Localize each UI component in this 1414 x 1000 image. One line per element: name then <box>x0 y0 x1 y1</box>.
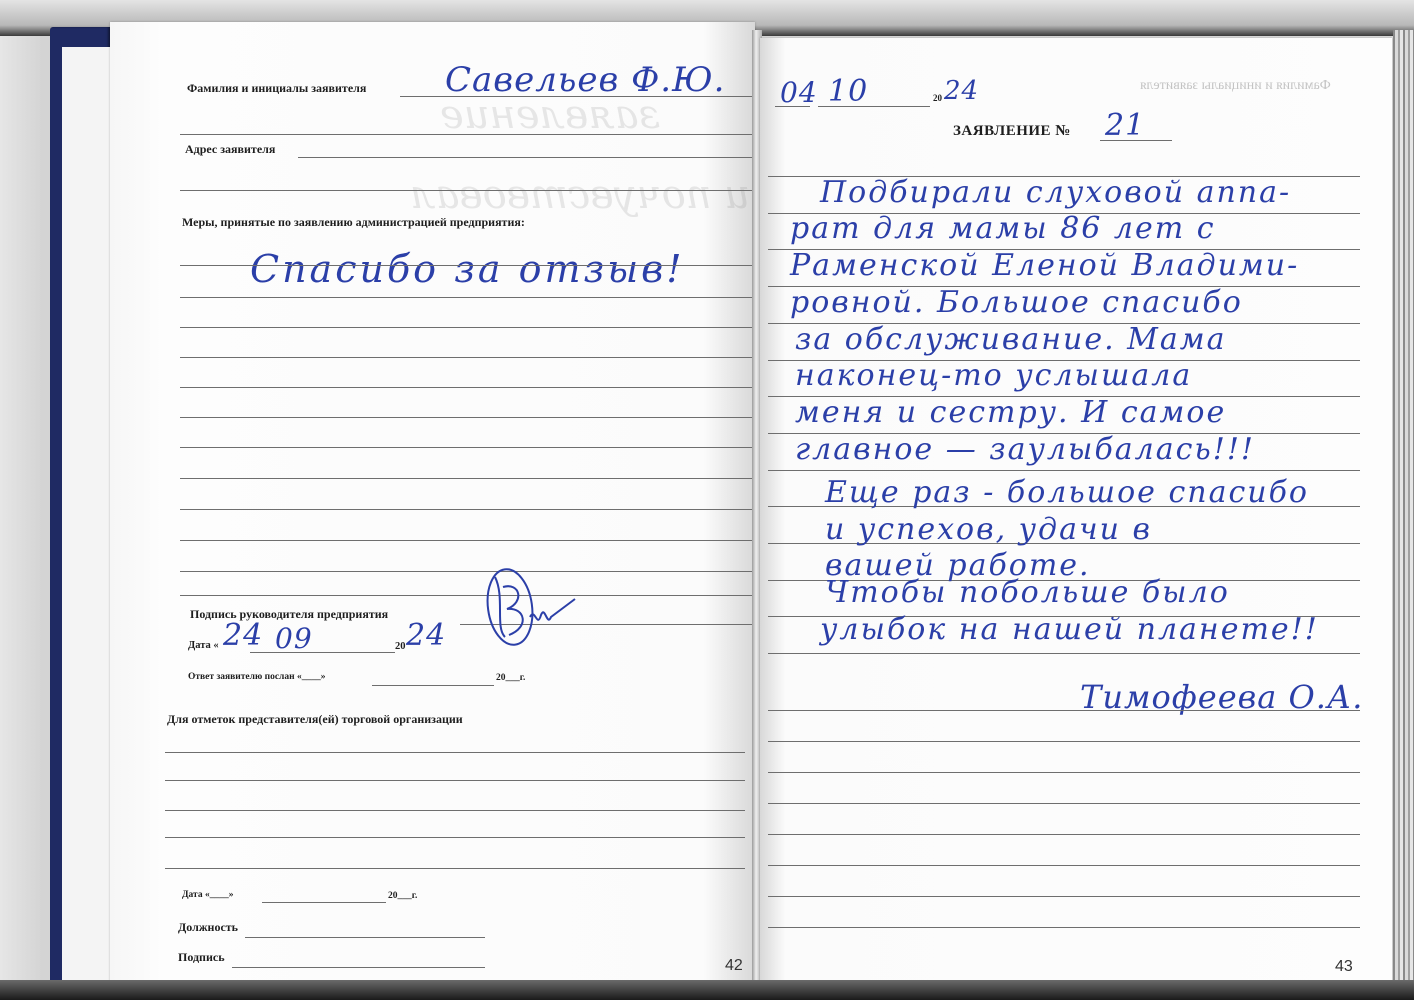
manager-signature[interactable] <box>475 557 585 647</box>
bleed-through: Таи почувствовал <box>410 172 801 218</box>
ruled-line <box>768 653 1360 654</box>
ruled-line <box>165 810 745 811</box>
manager-date-year-prefix: 20 <box>395 641 406 652</box>
measures-value[interactable]: Спасибо за отзыв! <box>250 247 685 291</box>
ruled-line <box>165 752 745 753</box>
applicant-address-line-2 <box>180 190 755 191</box>
statement-title: ЗАЯВЛЕНИЕ № <box>953 123 1071 140</box>
page-number-left: 42 <box>725 957 743 975</box>
ruled-line <box>180 540 755 541</box>
ruled-line <box>180 509 755 510</box>
manager-date-line <box>250 652 395 653</box>
statement-line[interactable]: главное — заулыбалась!!! <box>795 432 1255 467</box>
right-page: Фамилия и инициалы заявителя 04 10 20 24… <box>760 38 1392 982</box>
manager-date-month[interactable]: 09 <box>275 622 313 655</box>
applicant-address-label: Адрес заявителя <box>185 142 275 157</box>
statement-line[interactable]: Еще раз - большое спасибо <box>825 475 1309 510</box>
statement-line[interactable]: улыбок на нашей планете!! <box>820 612 1319 647</box>
ruled-line <box>180 297 755 298</box>
ruled-line <box>180 478 755 479</box>
applicant-name-label: Фамилия и инициалы заявителя <box>187 81 366 96</box>
ruled-line <box>768 741 1360 742</box>
rep-marks-label: Для отметок представителя(ей) торговой о… <box>167 712 463 727</box>
reply-sent-line <box>372 685 494 686</box>
statement-date-year[interactable]: 24 <box>944 76 979 106</box>
bleed-through: Фамилия и инициалы заявителя <box>1140 78 1331 94</box>
statement-line[interactable]: ровной. Большое спасибо <box>790 285 1243 320</box>
ruled-line <box>180 387 755 388</box>
footer-date-line <box>262 902 386 903</box>
applicant-name-value[interactable]: Савельев Ф.Ю. <box>445 60 725 100</box>
date-month-line <box>818 106 930 107</box>
ruled-line <box>180 417 755 418</box>
ruled-line <box>165 868 745 869</box>
book-cover-inner <box>62 47 112 987</box>
ruled-line <box>768 834 1360 835</box>
page-stack-edge <box>1393 30 1414 990</box>
statement-line[interactable]: рат для мамы 86 лет с <box>790 211 1216 246</box>
position-line <box>245 937 485 938</box>
statement-line[interactable]: и успехов, удачи в <box>825 512 1152 547</box>
footer-date-year: 20___г. <box>388 891 417 901</box>
ruled-line <box>180 571 755 572</box>
manager-date-year[interactable]: 24 <box>406 618 446 653</box>
signature-line <box>232 967 485 968</box>
reply-sent-year: 20___г. <box>496 673 525 683</box>
ruled-line <box>180 265 755 266</box>
ruled-line <box>768 896 1360 897</box>
ruled-line <box>768 470 1360 471</box>
statement-number-line <box>1100 140 1172 141</box>
scan-bottom-edge <box>0 980 1414 1000</box>
ruled-line <box>180 327 755 328</box>
statement-line[interactable]: за обслуживание. Мама <box>795 322 1227 357</box>
applicant-name-line-2 <box>180 134 755 135</box>
statement-date-month[interactable]: 10 <box>828 74 868 109</box>
statement-line[interactable]: Подбирали слуховой аппа- <box>820 175 1291 210</box>
footer-date-label: Дата «____» <box>182 890 233 900</box>
left-page: заявление Таи почувствовал Фамилия и ини… <box>110 22 755 982</box>
ruled-line <box>165 780 745 781</box>
position-label: Должность <box>178 920 238 935</box>
ruled-line <box>165 837 745 838</box>
ruled-line <box>768 927 1360 928</box>
ruled-line <box>180 357 755 358</box>
statement-line[interactable]: Чтобы побольше было <box>825 575 1230 610</box>
statement-date-day[interactable]: 04 <box>780 76 818 109</box>
reply-sent-label: Ответ заявителю послан «____» <box>188 672 325 682</box>
manager-date-label: Дата « <box>188 640 219 651</box>
statement-line[interactable]: Раменской Еленой Владими- <box>790 248 1299 283</box>
ruled-line <box>768 710 1360 711</box>
applicant-address-line <box>298 157 755 158</box>
measures-label: Меры, принятые по заявлению администраци… <box>182 215 525 230</box>
date-day-line <box>775 106 810 107</box>
page-number-right: 43 <box>1335 958 1353 976</box>
ruled-line <box>180 595 755 596</box>
statement-date-year-prefix: 20 <box>933 93 942 103</box>
manager-signature-label: Подпись руководителя предприятия <box>190 607 388 622</box>
manager-date-day[interactable]: 24 <box>223 618 263 653</box>
statement-line[interactable]: меня и сестру. И самое <box>795 395 1226 430</box>
statement-number[interactable]: 21 <box>1105 108 1145 143</box>
ruled-line <box>768 803 1360 804</box>
signature-label: Подпись <box>178 950 225 965</box>
ruled-line <box>768 865 1360 866</box>
ruled-line <box>768 772 1360 773</box>
statement-line[interactable]: наконец-то услышала <box>795 358 1192 393</box>
ruled-line <box>180 447 755 448</box>
